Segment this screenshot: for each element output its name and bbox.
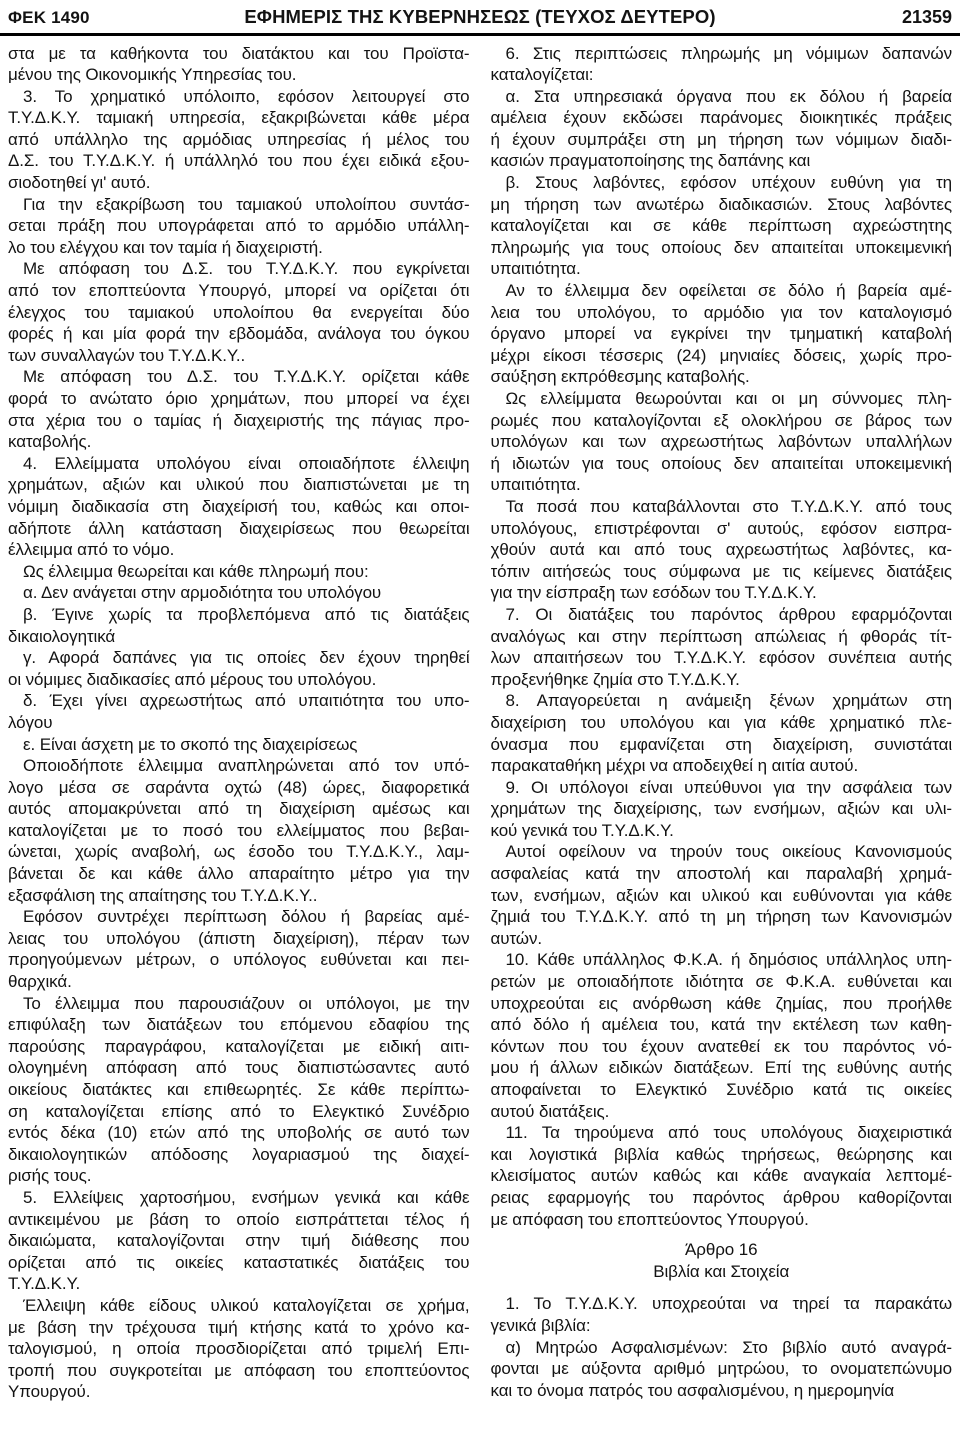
text-line: λόγου [8, 712, 470, 734]
paragraph: Το έλλειμμα που παρουσιάζουν οι υπόλογοι… [8, 993, 470, 1187]
text-line: λεια του υπολόγου, το αρμόδιο για τον κα… [491, 302, 953, 324]
text-line: Με απόφαση του Δ.Σ. του Τ.Υ.Δ.Κ.Υ. που ε… [8, 258, 470, 280]
text-line: μη τήρηση των ανωτέρω διαδικασιών. Στους… [491, 194, 953, 216]
text-line: ρειας εφαρμογής του παρόντος άρθρου καθο… [491, 1187, 953, 1209]
text-line: καταλογίζεται με το ποσό του ελλείμματος… [8, 820, 470, 842]
text-line: Τ.Υ.Δ.Κ.Υ. ταμιακή υπηρεσία, εξακριβώνετ… [8, 107, 470, 129]
text-line: γενικά βιβλία: [491, 1315, 953, 1337]
text-line: υπολόγων και των αχρεωστήτως λαβόντων υπ… [491, 431, 953, 453]
text-line: 6. Στις περιπτώσεις πληρωμής μη νόμιμων … [491, 43, 953, 65]
gazette-title: ΕΦΗΜΕΡΙΣ ΤΗΣ ΚΥΒΕΡΝΗΣΕΩΣ (ΤΕΥΧΟΣ ΔΕΥΤΕΡΟ… [158, 6, 802, 28]
text-line: εντός δέκα (10) ετών από της υποβολής σε… [8, 1122, 470, 1144]
text-line: έλεγχος του ταμιακού υπολοίπου θα ενεργε… [8, 302, 470, 324]
paragraph: 11. Τα τηρούμενα από τους υπολόγους διαχ… [491, 1122, 953, 1230]
paragraph: 4. Ελλείμματα υπολόγου είναι οποιαδήποτε… [8, 453, 470, 561]
text-line: ή ιδιωτών για τους οποίους δεν απαιτείτα… [491, 453, 953, 475]
paragraph: στα με τα καθήκοντα του διατάκτου και το… [8, 43, 470, 86]
text-line: αποφαίνεται το Ελεγκτικό Συνέδριο κατά τ… [491, 1079, 953, 1101]
text-line: προξενήθηκε ζημία στο Τ.Υ.Δ.Κ.Υ. [491, 669, 953, 691]
paragraph: 3. Το χρηματικό υπόλοιπο, εφόσον λειτουρ… [8, 86, 470, 194]
text-line: Οποιοδήποτε έλλειμμα αναπληρώνεται από τ… [8, 755, 470, 777]
text-line: Για την εξακρίβωση του ταμιακού υπολοίπο… [8, 194, 470, 216]
text-line: χρημάτων της διαχείρισης, των ενσήμων, α… [491, 798, 953, 820]
text-line: γ. Αφορά δαπάνες για τις οποίες δεν έχου… [8, 647, 470, 669]
text-line: Εφόσον συντρέχει περίπτωση δόλου ή βαρεί… [8, 906, 470, 928]
text-line: ση καταλογίζεται επίσης από το Ελεγκτικό… [8, 1101, 470, 1123]
right-column: 6. Στις περιπτώσεις πληρωμής μη νόμιμων … [491, 43, 953, 1403]
paragraph: Εφόσον συντρέχει περίπτωση δόλου ή βαρεί… [8, 906, 470, 992]
page-header: ΦΕΚ 1490 ΕΦΗΜΕΡΙΣ ΤΗΣ ΚΥΒΕΡΝΗΣΕΩΣ (ΤΕΥΧΟ… [0, 0, 960, 30]
paragraph: γ. Αφορά δαπάνες για τις οποίες δεν έχου… [8, 647, 470, 690]
text-line: όργανο μπορεί να εγκρίνει την τμηματική … [491, 323, 953, 345]
text-line: με απόφαση του εποπτεύοντος Υπουργού. [491, 1209, 953, 1231]
text-line: χθούν αυτά και από τους αχρεωστήτως λαβό… [491, 539, 953, 561]
text-line: Υπουργού. [8, 1381, 470, 1403]
paragraph: 5. Ελλείψεις χαρτοσήμου, ενσήμων γενικά … [8, 1187, 470, 1295]
text-line: β. Στους λαβόντες, εφόσον υπέχουν ευθύνη… [491, 172, 953, 194]
text-line: 7. Οι διατάξεις του παρόντος άρθρου εφαρ… [491, 604, 953, 626]
text-line: α) Μητρώο Ασφαλισμένων: Στο βιβλίο αυτό … [491, 1337, 953, 1359]
text-line: φονται με αύξοντα αριθμό μητρώου, το ονο… [491, 1358, 953, 1380]
text-line: λων απαιτήσεων του Τ.Υ.Δ.Κ.Υ. εφόσον συν… [491, 647, 953, 669]
paragraph: ε. Είναι άσχετη με το σκοπό της διαχειρί… [8, 734, 470, 756]
text-line: σαύξηση εκπρόθεσμης καταβολής. [491, 366, 953, 388]
text-line: βάνεται δε και κάθε άλλο απαραίτητο μέτρ… [8, 863, 470, 885]
text-line: α. Στα υπηρεσιακά όργανα που εκ δόλου ή … [491, 86, 953, 108]
text-line: Αν το έλλειμμα δεν οφείλεται σε δόλο ή β… [491, 280, 953, 302]
text-line: πληρωμής για τους οποίους δεν απαιτείται… [491, 237, 953, 259]
paragraph: 8. Απαγορεύεται η ανάμειξη ξένων χρημάτω… [491, 690, 953, 776]
text-line: οικείους διατάκτες και επιθεωρητές. Σε κ… [8, 1079, 470, 1101]
text-line: καταλογίζεται: [491, 64, 953, 86]
text-line: ε. Είναι άσχετη με το σκοπό της διαχειρί… [8, 734, 470, 756]
text-line: ρωμές που καταλογίζονται εξ ολοκλήρου σε… [491, 410, 953, 432]
paragraph: Ως έλλειμμα θεωρείται και κάθε πληρωμή π… [8, 561, 470, 583]
text-line: 10. Κάθε υπάλληλος Φ.Κ.Α. ή δημόσιος υπά… [491, 949, 953, 971]
text-line: υποχρεούται εις ανόρθωση κάθε ζημίας, πο… [491, 993, 953, 1015]
text-line: οι νόμιμες διαδικασίες από μέρους του υπ… [8, 669, 470, 691]
text-line: σιοδοτηθεί γι' αυτό. [8, 172, 470, 194]
paragraph: Αυτοί οφείλουν να τηρούν τους οικείους Κ… [491, 841, 953, 949]
text-line: αυτού διατάξεις. [491, 1101, 953, 1123]
paragraph: 1. Το Τ.Υ.Δ.Κ.Υ. υποχρεούται να τηρεί τα… [491, 1293, 953, 1336]
text-line: ρισής τους. [8, 1165, 470, 1187]
text-line: 8. Απαγορεύεται η ανάμειξη ξένων χρημάτω… [491, 690, 953, 712]
text-line: αντικειμένου με βάση το οποίο εισπράττετ… [8, 1209, 470, 1231]
document-body: στα με τα καθήκοντα του διατάκτου και το… [0, 36, 960, 1403]
text-line: ταλογισμού, η οποία προσδιορίζεται από τ… [8, 1338, 470, 1360]
text-line: νόμιμη διαδικασία στη διαχείρισή του, κα… [8, 496, 470, 518]
text-line: λο του ελέγχου και τον ταμία ή διαχειρισ… [8, 237, 470, 259]
text-line: ρετών με οποιαδήποτε ιδιότητα σε Φ.Κ.Α. … [491, 971, 953, 993]
text-line: 1. Το Τ.Υ.Δ.Κ.Υ. υποχρεούται να τηρεί τα… [491, 1293, 953, 1315]
text-line: ώνεται, χωρίς αναβολή, ως έσοδο του Τ.Υ.… [8, 841, 470, 863]
text-line: των, ενσήμων, αξιών και υλικού και ευθύν… [491, 885, 953, 907]
paragraph: 9. Οι υπόλογοι είναι υπεύθυνοι για την α… [491, 777, 953, 842]
text-line: κασιών πραγματοποίησης της δαπάνης και [491, 150, 953, 172]
paragraph: 7. Οι διατάξεις του παρόντος άρθρου εφαρ… [491, 604, 953, 690]
page-number: 21359 [802, 7, 952, 28]
text-line: στα με τα καθήκοντα του διατάκτου και το… [8, 43, 470, 65]
text-line: στα χέρια του ο ταμίας ή διαχειριστής τη… [8, 410, 470, 432]
fek-number: ΦΕΚ 1490 [8, 8, 158, 28]
text-line: τροπή που συγκροτείται με απόφαση του επ… [8, 1360, 470, 1382]
text-line: ασφαλείας κατά την αποστολή και παραλαβή… [491, 863, 953, 885]
text-line: Τ.Υ.Δ.Κ.Υ. [8, 1273, 470, 1295]
paragraph: 6. Στις περιπτώσεις πληρωμής μη νόμιμων … [491, 43, 953, 86]
text-line: θαρχικά. [8, 971, 470, 993]
paragraph: α. Δεν ανάγεται στην αρμοδιότητα του υπο… [8, 582, 470, 604]
text-line: καταλογίζεται και σε κάθε περίπτωση αχρε… [491, 215, 953, 237]
text-line: με βάση την τρέχουσα τιμή κτήσης κατά το… [8, 1317, 470, 1339]
text-line: και το όνομα πατρός του ασφαλισμένου, η … [491, 1380, 953, 1402]
paragraph: 10. Κάθε υπάλληλος Φ.Κ.Α. ή δημόσιος υπά… [491, 949, 953, 1122]
text-line: 5. Ελλείψεις χαρτοσήμου, ενσήμων γενικά … [8, 1187, 470, 1209]
text-line: αμέλεια έχουν εκδώσει παράνομες διοικητι… [491, 107, 953, 129]
paragraph: Με απόφαση του Δ.Σ. του Τ.Υ.Δ.Κ.Υ. ορίζε… [8, 366, 470, 452]
text-line: για την είσπραξη των εσόδων του Τ.Υ.Δ.Κ.… [491, 582, 953, 604]
text-line: αναλόγως και στην περίπτωση απώλειας ή φ… [491, 626, 953, 648]
text-line: 3. Το χρηματικό υπόλοιπο, εφόσον λειτουρ… [8, 86, 470, 108]
text-line: ζημιά του Τ.Υ.Δ.Κ.Υ. από τη μη τήρηση τω… [491, 906, 953, 928]
text-line: υπολόγους, επιστρέφονται σ' αυτούς, εφόσ… [491, 518, 953, 540]
text-line: Με απόφαση του Δ.Σ. του Τ.Υ.Δ.Κ.Υ. ορίζε… [8, 366, 470, 388]
text-line: Ως έλλειμμα θεωρείται και κάθε πληρωμή π… [8, 561, 470, 583]
text-line: αυτών. [491, 928, 953, 950]
article-heading: Άρθρο 16Βιβλία και Στοιχεία [491, 1239, 953, 1282]
text-line: αδήποτε άλλη κατάσταση διαχειρίσεως που … [8, 518, 470, 540]
text-line: σεται πράξη που υπογράφεται από το αρμόδ… [8, 215, 470, 237]
text-line: όνασμα που εμφανίζεται στη διαχείριση, σ… [491, 734, 953, 756]
text-line: τόπιν αιτήσεώς τους σύμφωνα με τις κείμε… [491, 561, 953, 583]
text-line: δικαιολογητικών απόδοσης λογαριασμού της… [8, 1144, 470, 1166]
text-line: δ. Έχει γίνει αχρεωστήτως από υπαιτιότητ… [8, 690, 470, 712]
text-line: κού γενικά του Τ.Υ.Δ.Κ.Υ. [491, 820, 953, 842]
text-line: ορίζεται από τις οικείες καταστατικές δι… [8, 1252, 470, 1274]
paragraph: Για την εξακρίβωση του ταμιακού υπολοίπο… [8, 194, 470, 259]
text-line: φορές ή και μία φορά την εβδομάδα, ανάλο… [8, 323, 470, 345]
text-line: αυτός απομακρύνεται από τη διαχείριση αμ… [8, 798, 470, 820]
text-line: υπαιτιότητα. [491, 474, 953, 496]
text-line: Δ.Σ. του Τ.Υ.Δ.Κ.Υ. ή υπάλληλό του που έ… [8, 150, 470, 172]
text-line: από υπάλληλο της αρμόδιας υπηρεσίας ή μέ… [8, 129, 470, 151]
text-line: 9. Οι υπόλογοι είναι υπεύθυνοι για την α… [491, 777, 953, 799]
text-line: παρούσης παραγράφου, καταλογίζεται με ει… [8, 1036, 470, 1058]
paragraph: Με απόφαση του Δ.Σ. του Τ.Υ.Δ.Κ.Υ. που ε… [8, 258, 470, 366]
text-line: παρακαταθήκη μέχρι να αποδειχθεί η αιτία… [491, 755, 953, 777]
text-line: μένου της Οικονομικής Υπηρεσίας του. [8, 64, 470, 86]
text-line: 4. Ελλείμματα υπολόγου είναι οποιαδήποτε… [8, 453, 470, 475]
text-line: Ως ελλείμματα θεωρούνται και οι μη σύννο… [491, 388, 953, 410]
text-line: Έλλειψη κάθε είδους υλικού καταλογίζεται… [8, 1295, 470, 1317]
text-line: μέχρι είκοσι τέσσερις (24) μηνιαίες δόσε… [491, 345, 953, 367]
text-line: διαχείριση του υπολόγου και για κάθε χρη… [491, 712, 953, 734]
text-line: υπαιτιότητα. [491, 258, 953, 280]
paragraph: Ως ελλείμματα θεωρούνται και οι μη σύννο… [491, 388, 953, 496]
text-line: δικαιώματα, καταλογίζονται στην τιμή διά… [8, 1230, 470, 1252]
text-line: από δόλο ή αμέλεια του, κατά την εκτέλεσ… [491, 1014, 953, 1036]
text-line: μου ή άλλων ειδικών διατάξεων. Επί της ε… [491, 1057, 953, 1079]
text-line: προηγούμενων μέτρων, ο υπόλογος ευθύνετα… [8, 949, 470, 971]
text-line: κλεισίματος αυτών καθώς και κάθε αναγκαί… [491, 1165, 953, 1187]
heading-line: Άρθρο 16 [491, 1239, 953, 1261]
left-column: στα με τα καθήκοντα του διατάκτου και το… [8, 43, 470, 1403]
text-line: έλλειμμα από το νόμο. [8, 539, 470, 561]
text-line: κόντων που του έχουν ανατεθεί εκ του παρ… [491, 1036, 953, 1058]
text-line: Το έλλειμμα που παρουσιάζουν οι υπόλογοι… [8, 993, 470, 1015]
text-line: χρημάτων, αξιών και υλικού που διαπιστών… [8, 474, 470, 496]
paragraph: Έλλειψη κάθε είδους υλικού καταλογίζεται… [8, 1295, 470, 1403]
text-line: εξασφάλιση της απαίτησης του Τ.Υ.Δ.Κ.Υ.. [8, 885, 470, 907]
paragraph: β. Έγινε χωρίς τα προβλεπόμενα από τις δ… [8, 604, 470, 647]
text-line: δικαιολογητικά [8, 626, 470, 648]
paragraph: Αν το έλλειμμα δεν οφείλεται σε δόλο ή β… [491, 280, 953, 388]
paragraph: Τα ποσά που καταβάλλονται στο Τ.Υ.Δ.Κ.Υ.… [491, 496, 953, 604]
text-line: 11. Τα τηρούμενα από τους υπολόγους διαχ… [491, 1122, 953, 1144]
text-line: και λογιστικά βιβλία καθώς τηρήσεως, θεώ… [491, 1144, 953, 1166]
paragraph: Οποιοδήποτε έλλειμμα αναπληρώνεται από τ… [8, 755, 470, 906]
text-line: των συναλλαγών του Τ.Υ.Δ.Κ.Υ.. [8, 345, 470, 367]
text-line: ολογημένη απόφαση από τους διαπιστώσαντε… [8, 1057, 470, 1079]
text-line: επιφύλαξη των διατάξεων του επόμενου εδα… [8, 1014, 470, 1036]
paragraph: α) Μητρώο Ασφαλισμένων: Στο βιβλίο αυτό … [491, 1337, 953, 1402]
text-line: Τα ποσά που καταβάλλονται στο Τ.Υ.Δ.Κ.Υ.… [491, 496, 953, 518]
text-line: από τον εποπτεύοντα Υπουργό, μπορεί να ο… [8, 280, 470, 302]
text-line: φορά το ανώτατο όριο χρημάτων, που μπορε… [8, 388, 470, 410]
paragraph: β. Στους λαβόντες, εφόσον υπέχουν ευθύνη… [491, 172, 953, 280]
text-line: Αυτοί οφείλουν να τηρούν τους οικείους Κ… [491, 841, 953, 863]
text-line: λογο μέσα σε σαράντα οχτώ (48) ώρες, δια… [8, 777, 470, 799]
text-line: β. Έγινε χωρίς τα προβλεπόμενα από τις δ… [8, 604, 470, 626]
text-line: καταβολής. [8, 431, 470, 453]
paragraph: α. Στα υπηρεσιακά όργανα που εκ δόλου ή … [491, 86, 953, 172]
text-line: λειας του υπολόγου (άπιστη διαχείριση), … [8, 928, 470, 950]
heading-line: Βιβλία και Στοιχεία [491, 1261, 953, 1283]
paragraph: δ. Έχει γίνει αχρεωστήτως από υπαιτιότητ… [8, 690, 470, 733]
text-line: α. Δεν ανάγεται στην αρμοδιότητα του υπο… [8, 582, 470, 604]
text-line: ή έχουν συμπράξει στη μη τήρηση των νόμι… [491, 129, 953, 151]
